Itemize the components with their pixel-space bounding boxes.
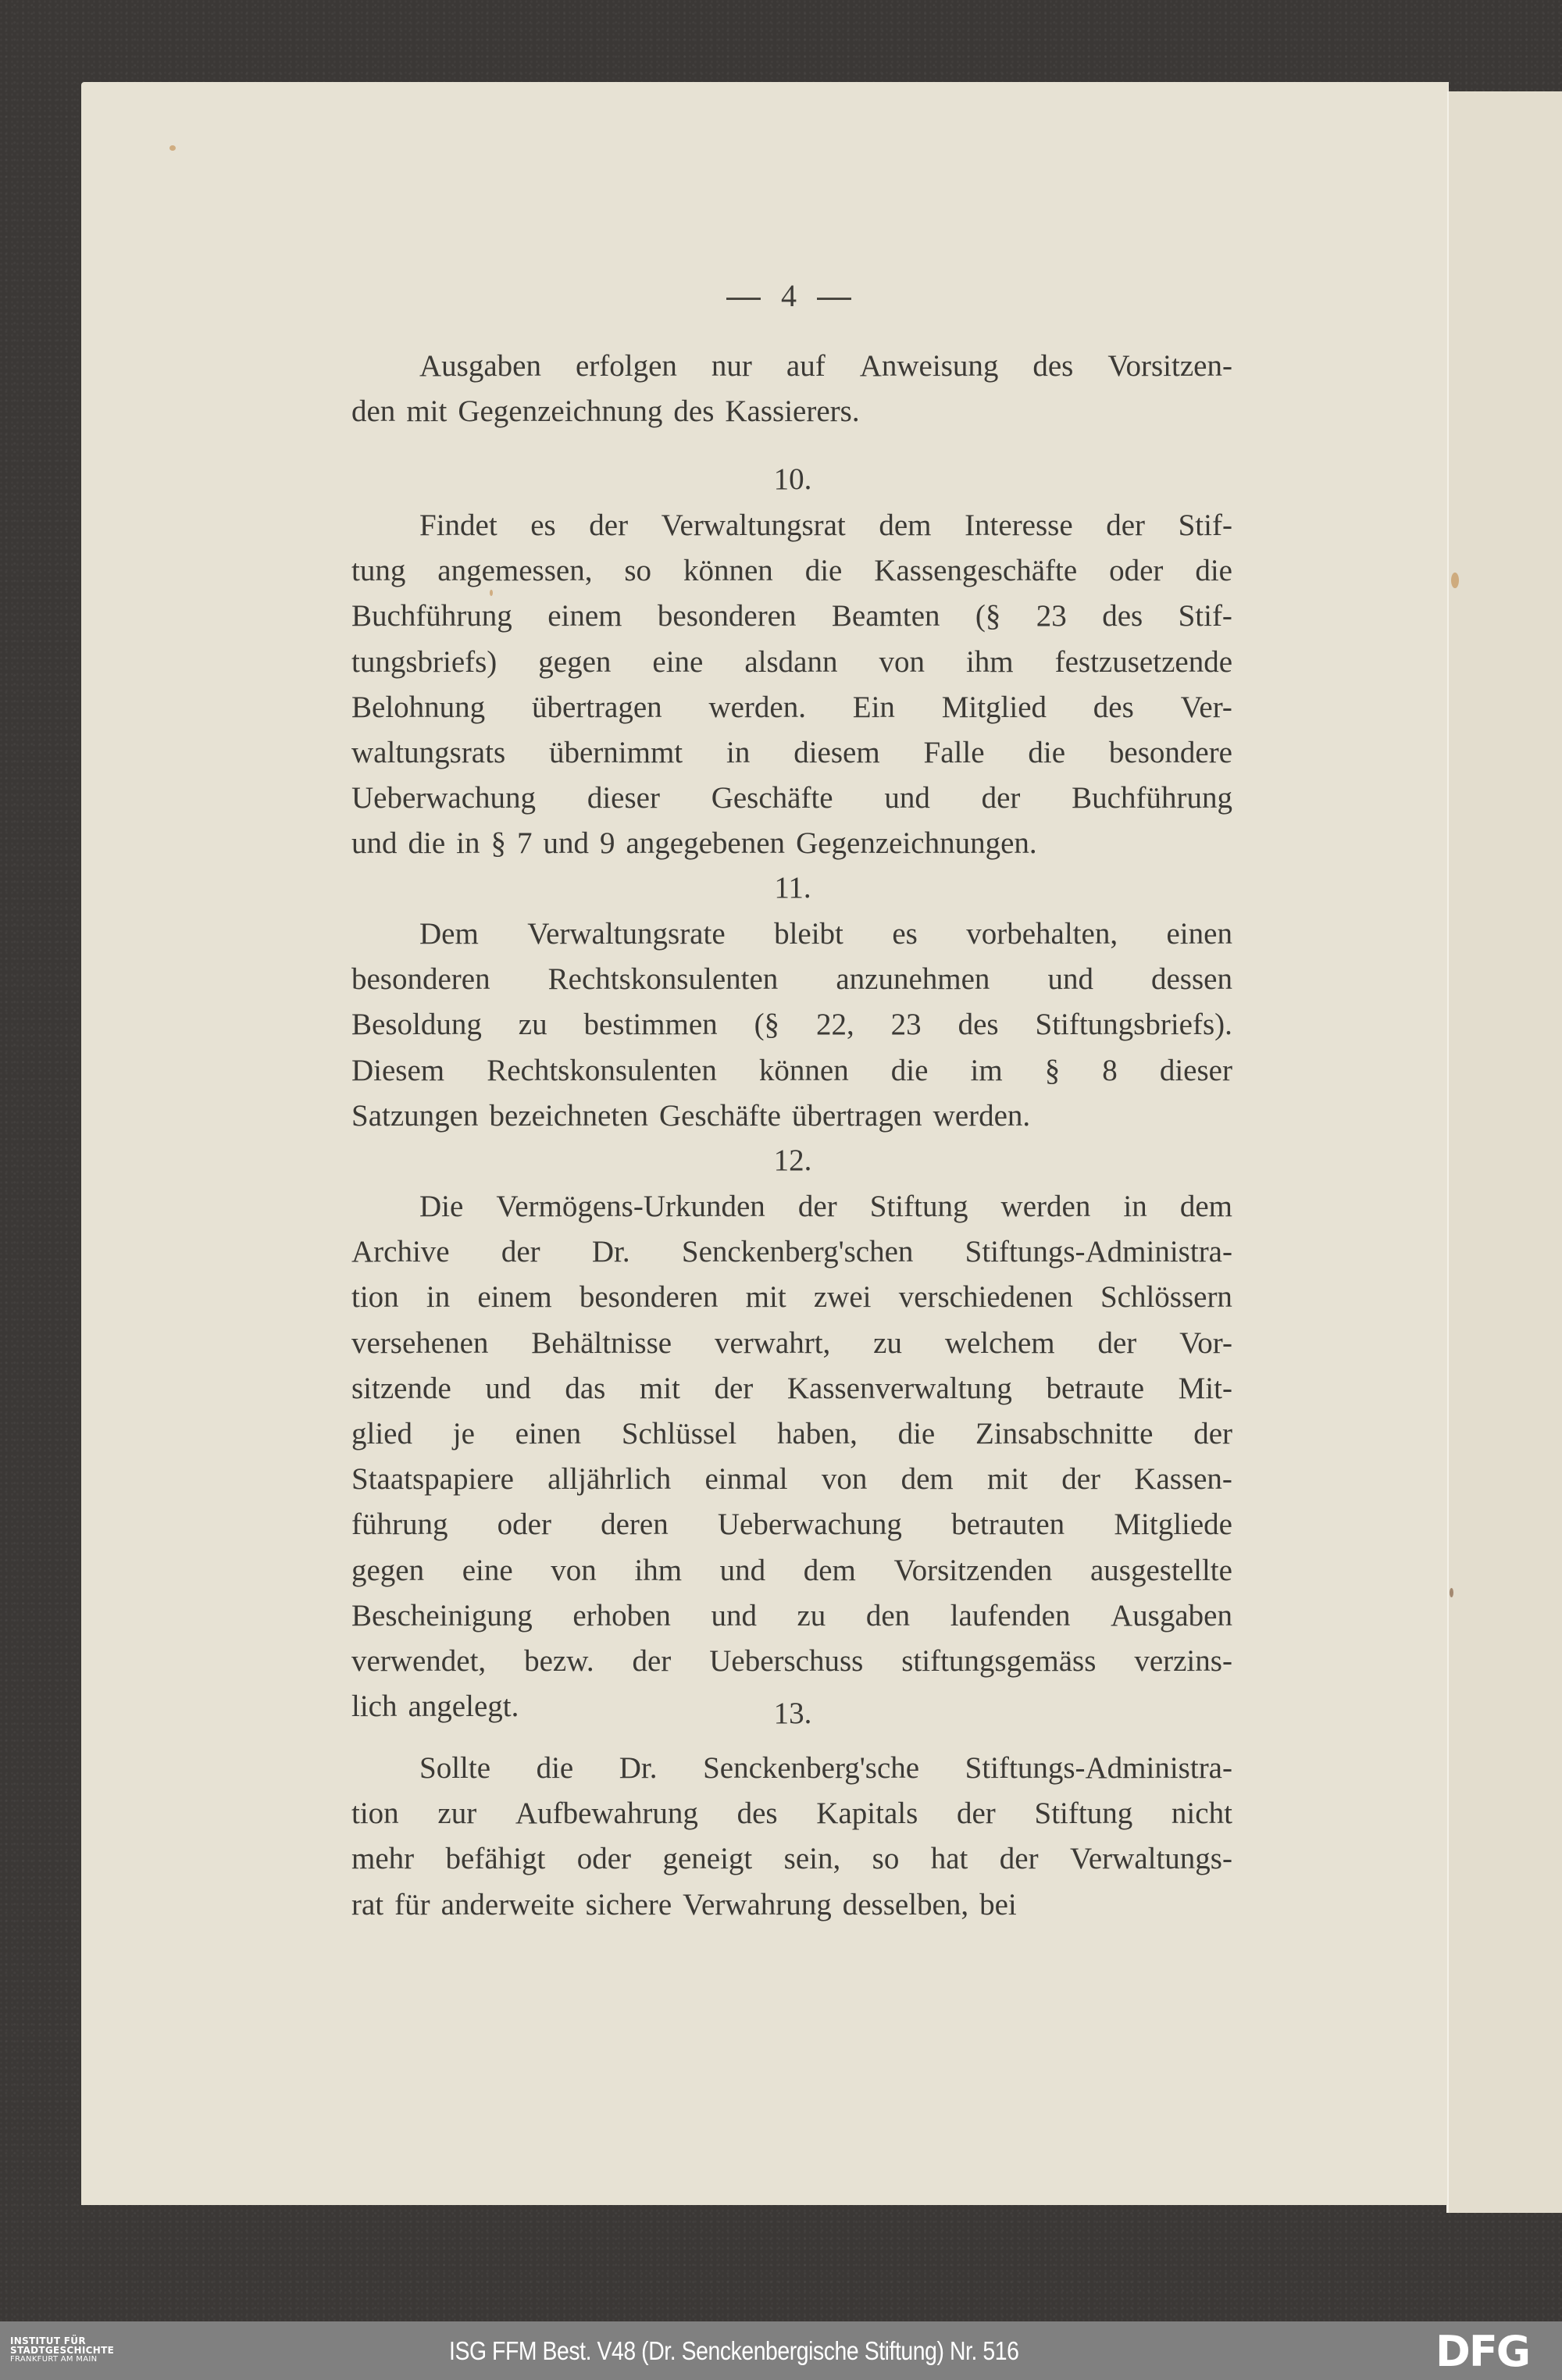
word: des: [737, 1795, 778, 1832]
word: dieser: [587, 780, 660, 817]
word: rat: [351, 1886, 383, 1924]
word: von: [822, 1461, 868, 1498]
word: der: [1097, 1325, 1136, 1362]
word: in: [456, 825, 480, 862]
word: betraute: [1046, 1370, 1144, 1408]
word: den: [351, 393, 395, 430]
word: Ein: [853, 689, 895, 726]
word: die: [1195, 552, 1232, 590]
word: verschiedenen: [899, 1279, 1073, 1316]
text-line: DiesemRechtskonsulentenkönnendieim§8dies…: [351, 1052, 1232, 1090]
text-line: besonderenRechtskonsulentenanzunehmenund…: [351, 961, 1232, 998]
text-line: AusgabenerfolgennuraufAnweisungdesVorsit…: [419, 348, 1232, 385]
word: übertragen: [792, 1097, 922, 1135]
word: Dem: [419, 915, 479, 953]
word: je: [453, 1415, 475, 1453]
text-line: Besoldungzubestimmen(§22,23desStiftungsb…: [351, 1006, 1232, 1044]
word: Kassierers.: [725, 393, 859, 430]
word: eine: [652, 644, 703, 681]
text-line: FindetesderVerwaltungsratdemInteresseder…: [419, 507, 1232, 544]
word: Geschäfte: [659, 1097, 781, 1135]
word: §: [1045, 1052, 1061, 1090]
word: Mitgliede: [1114, 1506, 1232, 1543]
text-line: versehenenBehältnisseverwahrt,zuwelchemd…: [351, 1325, 1232, 1362]
word: Rechtskonsulenten: [548, 961, 779, 998]
stain-mark: [490, 590, 493, 596]
word: Beamten: [832, 598, 940, 635]
word: angemessen,: [437, 552, 592, 590]
word: und: [351, 825, 398, 862]
word: Vorsitzen-: [1107, 348, 1232, 385]
word: alsdann: [744, 644, 837, 681]
word: haben,: [777, 1415, 858, 1453]
text-line: denmitGegenzeichnungdesKassierers.: [351, 393, 1232, 430]
text-line: unddiein§7und9angegebenenGegenzeichnunge…: [351, 825, 1232, 862]
word: gegen: [538, 644, 611, 681]
text-line: BuchführungeinembesonderenBeamten(§23des…: [351, 598, 1232, 635]
dash-right: [817, 298, 851, 300]
institution-line-3: FRANKFURT AM MAIN: [10, 2355, 114, 2364]
word: Rechtskonsulenten: [487, 1052, 717, 1090]
word: oder: [497, 1506, 551, 1543]
word: Stiftung: [870, 1188, 968, 1226]
word: die: [891, 1052, 929, 1090]
word: (§: [975, 598, 1001, 635]
word: Stiftungs-Administra-: [965, 1750, 1232, 1787]
word: Kassengeschäfte: [874, 552, 1077, 590]
word: Vor-: [1179, 1325, 1232, 1362]
footer-bar: INSTITUT FÜR STADTGESCHICHTE FRANKFURT A…: [0, 2321, 1562, 2380]
word: werden: [1001, 1188, 1091, 1226]
word: Staatspapiere: [351, 1461, 514, 1498]
word: führung: [351, 1506, 448, 1543]
word: im: [970, 1052, 1002, 1090]
word: ihm: [966, 644, 1014, 681]
word: laufenden: [950, 1597, 1071, 1635]
word: Falle: [924, 734, 985, 772]
word: übertragen: [532, 689, 662, 726]
word: festzusetzende: [1055, 644, 1232, 681]
word: das: [565, 1370, 605, 1408]
section-number: 12.: [703, 1142, 883, 1179]
word: Stif-: [1179, 507, 1232, 544]
page-number-value: 4: [781, 278, 797, 313]
dfg-logo: DFG: [1435, 2331, 1529, 2373]
word: Vorsitzenden: [893, 1552, 1052, 1590]
word: und: [544, 825, 590, 862]
word: die: [1028, 734, 1065, 772]
word: Buchführung: [351, 598, 512, 635]
word: bezeichneten: [489, 1097, 648, 1135]
word: einem: [547, 598, 622, 635]
word: erfolgen: [576, 348, 677, 385]
text-line: mehrbefähigtodergeneigtsein,sohatderVerw…: [351, 1840, 1232, 1878]
word: Stiftungs-Administra-: [965, 1233, 1232, 1271]
word: des: [673, 393, 714, 430]
word: Verwahrung: [683, 1886, 832, 1924]
word: Schlüssel: [622, 1415, 736, 1453]
word: Verwaltungsrat: [662, 507, 846, 544]
word: Aufbewahrung: [515, 1795, 698, 1832]
word: werden.: [708, 689, 806, 726]
word: die: [805, 552, 843, 590]
word: und: [720, 1552, 766, 1590]
word: Kassen-: [1134, 1461, 1232, 1498]
word: dessen: [1151, 961, 1232, 998]
text-line: gliedjeeinenSchlüsselhaben,dieZinsabschn…: [351, 1415, 1232, 1453]
text-line: BescheinigungerhobenundzudenlaufendenAus…: [351, 1597, 1232, 1635]
text-line: verwendet,bezw.derUeberschussstiftungsge…: [351, 1643, 1232, 1680]
word: der: [1000, 1840, 1039, 1878]
word: vorbehalten,: [966, 915, 1118, 953]
word: Schlössern: [1100, 1279, 1232, 1316]
stain-mark: [169, 145, 176, 151]
word: mehr: [351, 1840, 414, 1878]
word: verzins-: [1134, 1643, 1232, 1680]
word: 8: [1102, 1052, 1118, 1090]
word: Gegenzeichnung: [458, 393, 662, 430]
word: tion: [351, 1795, 399, 1832]
word: Buchführung: [1072, 780, 1232, 817]
word: einen: [1167, 915, 1232, 953]
archive-reference-title: ISG FFM Best. V48 (Dr. Senckenbergische …: [449, 2337, 1018, 2365]
word: der: [982, 780, 1021, 817]
word: besonderen: [658, 598, 797, 635]
text-line: ratfüranderweitesichereVerwahrungdesselb…: [351, 1886, 1232, 1924]
word: von: [879, 644, 925, 681]
text-line: führungoderderenUeberwachungbetrautenMit…: [351, 1506, 1232, 1543]
word: bleibt: [774, 915, 843, 953]
word: des: [1093, 689, 1134, 726]
word: Stif-: [1179, 598, 1232, 635]
word: die: [537, 1750, 574, 1787]
word: auf: [786, 348, 826, 385]
word: Mitglied: [942, 689, 1047, 726]
word: des: [1102, 598, 1143, 635]
word: zwei: [814, 1279, 872, 1316]
word: in: [426, 1279, 450, 1316]
word: Geschäfte: [711, 780, 833, 817]
word: dem: [879, 507, 931, 544]
dash-left: [726, 298, 761, 300]
text-line: tionineinembesonderenmitzweiverschiedene…: [351, 1279, 1232, 1316]
word: angelegt.: [408, 1688, 519, 1725]
section-number: 13.: [703, 1695, 883, 1732]
word: und: [884, 780, 930, 817]
word: die: [898, 1415, 936, 1453]
word: alljährlich: [547, 1461, 671, 1498]
word: Die: [419, 1188, 463, 1226]
word: tung: [351, 552, 405, 590]
word: mit: [406, 393, 447, 430]
word: Senckenberg'sche: [703, 1750, 919, 1787]
word: besonderen: [351, 961, 490, 998]
word: dieser: [1160, 1052, 1232, 1090]
text-line: tungsbriefs)gegeneinealsdannvonihmfestzu…: [351, 644, 1232, 681]
word: hat: [931, 1840, 968, 1878]
word: den: [866, 1597, 910, 1635]
word: sein,: [784, 1840, 841, 1878]
text-line: Belohnungübertragenwerden.EinMitglieddes…: [351, 689, 1232, 726]
word: Ausgaben: [419, 348, 541, 385]
word: der: [957, 1795, 996, 1832]
word: mit: [640, 1370, 680, 1408]
word: der: [798, 1188, 837, 1226]
word: dem: [804, 1552, 856, 1590]
word: Satzungen: [351, 1097, 478, 1135]
word: 7: [517, 825, 533, 862]
section-number: 10.: [703, 461, 883, 498]
word: Sollte: [419, 1750, 490, 1787]
word: bezw.: [524, 1643, 594, 1680]
word: ihm: [634, 1552, 682, 1590]
word: betrauten: [951, 1506, 1065, 1543]
word: in: [1123, 1188, 1147, 1226]
word: Archive: [351, 1233, 450, 1271]
page-fold: [1447, 91, 1449, 2213]
word: mit: [746, 1279, 786, 1316]
word: tion: [351, 1279, 399, 1316]
word: so: [872, 1840, 900, 1878]
word: werden.: [933, 1097, 1031, 1135]
word: waltungsrats: [351, 734, 505, 772]
word: erhoben: [572, 1597, 671, 1635]
word: Behältnisse: [531, 1325, 672, 1362]
text-line: Staatspapierealljährlicheinmalvondemmitd…: [351, 1461, 1232, 1498]
word: 22,: [816, 1006, 854, 1044]
word: Besoldung: [351, 1006, 482, 1044]
word: der: [589, 507, 628, 544]
word: Ueberschuss: [709, 1643, 863, 1680]
word: bestimmen: [584, 1006, 718, 1044]
word: Dr.: [619, 1750, 658, 1787]
word: verwahrt,: [715, 1325, 830, 1362]
word: der: [633, 1643, 672, 1680]
word: zu: [873, 1325, 902, 1362]
word: Gegenzeichnungen.: [796, 825, 1037, 862]
word: Ver-: [1181, 689, 1232, 726]
text-line: ArchivederDr.Senckenberg'schenStiftungs-…: [351, 1233, 1232, 1271]
word: Ausgaben: [1111, 1597, 1232, 1635]
word: sichere: [586, 1886, 672, 1924]
word: geneigt: [662, 1840, 752, 1878]
word: für: [394, 1886, 430, 1924]
text-line: DemVerwaltungsratebleibtesvorbehalten,ei…: [419, 915, 1232, 953]
word: Dr.: [592, 1233, 630, 1271]
word: nicht: [1171, 1795, 1232, 1832]
word: Stiftungsbriefs).: [1036, 1006, 1232, 1044]
word: der: [1106, 507, 1145, 544]
text-line: sitzendeunddasmitderKassenverwaltungbetr…: [351, 1370, 1232, 1408]
word: welchem: [945, 1325, 1055, 1362]
word: stiftungsgemäss: [901, 1643, 1096, 1680]
word: zu: [519, 1006, 547, 1044]
text-line: waltungsratsübernimmtindiesemFallediebes…: [351, 734, 1232, 772]
word: diesem: [793, 734, 879, 772]
word: verwendet,: [351, 1643, 486, 1680]
word: von: [551, 1552, 597, 1590]
word: Stiftung: [1035, 1795, 1133, 1832]
word: bei: [979, 1886, 1017, 1924]
word: so: [624, 552, 651, 590]
word: Verwaltungs-: [1070, 1840, 1232, 1878]
word: besonderen: [580, 1279, 719, 1316]
word: in: [726, 734, 750, 772]
word: anzunehmen: [836, 961, 990, 998]
text-line: DieVermögens-UrkundenderStiftungwerdenin…: [419, 1188, 1232, 1226]
word: oder: [577, 1840, 631, 1878]
word: deren: [601, 1506, 669, 1543]
word: einem: [477, 1279, 551, 1316]
text-line: gegeneinevonihmunddemVorsitzendenausgest…: [351, 1552, 1232, 1590]
word: einen: [515, 1415, 581, 1453]
word: übernimmt: [549, 734, 683, 772]
word: dem: [1180, 1188, 1232, 1226]
word: Kapitals: [816, 1795, 918, 1832]
word: Findet: [419, 507, 497, 544]
word: die: [408, 825, 446, 862]
word: Bescheinigung: [351, 1597, 533, 1635]
word: §: [491, 825, 507, 862]
word: (§: [754, 1006, 780, 1044]
word: Belohnung: [351, 689, 485, 726]
word: Zinsabschnitte: [975, 1415, 1153, 1453]
word: befähigt: [446, 1840, 546, 1878]
word: Ueberwachung: [718, 1506, 902, 1543]
word: zu: [797, 1597, 826, 1635]
facing-page: [1446, 91, 1562, 2213]
word: und: [1047, 961, 1093, 998]
word: dem: [901, 1461, 954, 1498]
stain-mark: [1451, 573, 1459, 588]
word: der: [714, 1370, 753, 1408]
word: können: [683, 552, 773, 590]
institution-line-2: STADTGESCHICHTE: [10, 2346, 114, 2355]
text-line: tionzurAufbewahrungdesKapitalsderStiftun…: [351, 1795, 1232, 1832]
word: der: [1061, 1461, 1100, 1498]
word: es: [530, 507, 556, 544]
word: eine: [462, 1552, 513, 1590]
word: Diesem: [351, 1052, 444, 1090]
section-number: 11.: [703, 869, 883, 907]
word: 23: [891, 1006, 922, 1044]
word: der: [1193, 1415, 1232, 1453]
word: anderweite: [441, 1886, 575, 1924]
word: tungsbriefs): [351, 644, 497, 681]
word: der: [501, 1233, 540, 1271]
text-line: SatzungenbezeichnetenGeschäfteübertragen…: [351, 1097, 1232, 1135]
word: es: [892, 915, 918, 953]
page-number: 4: [687, 277, 890, 314]
word: Ueberwachung: [351, 780, 536, 817]
stain-mark: [1450, 1588, 1453, 1597]
word: Kassenverwaltung: [787, 1370, 1012, 1408]
word: ausgestellte: [1090, 1552, 1232, 1590]
word: desselben,: [843, 1886, 968, 1924]
word: sitzende: [351, 1370, 451, 1408]
word: einmal: [705, 1461, 788, 1498]
word: des: [1032, 348, 1073, 385]
word: glied: [351, 1415, 412, 1453]
institution-logo: INSTITUT FÜR STADTGESCHICHTE FRANKFURT A…: [10, 2336, 114, 2364]
word: und: [711, 1597, 757, 1635]
word: 23: [1036, 598, 1067, 635]
word: lich: [351, 1688, 397, 1725]
word: gegen: [351, 1552, 424, 1590]
word: versehenen: [351, 1325, 488, 1362]
word: des: [958, 1006, 999, 1044]
word: Senckenberg'schen: [682, 1233, 914, 1271]
word: Anweisung: [860, 348, 999, 385]
word: angegebenen: [626, 825, 786, 862]
word: 9: [600, 825, 615, 862]
word: Vermögens-Urkunden: [496, 1188, 765, 1226]
word: können: [759, 1052, 849, 1090]
word: und: [485, 1370, 531, 1408]
word: zur: [437, 1795, 476, 1832]
text-line: UeberwachungdieserGeschäfteundderBuchfüh…: [351, 780, 1232, 817]
word: Interesse: [965, 507, 1073, 544]
word: Verwaltungsrate: [527, 915, 725, 953]
word: mit: [987, 1461, 1028, 1498]
word: oder: [1109, 552, 1163, 590]
word: nur: [711, 348, 752, 385]
word: besondere: [1109, 734, 1232, 772]
word: Mit-: [1179, 1370, 1232, 1408]
text-line: SolltedieDr.Senckenberg'scheStiftungs-Ad…: [419, 1750, 1232, 1787]
text-line: tungangemessen,sokönnendieKassengeschäft…: [351, 552, 1232, 590]
